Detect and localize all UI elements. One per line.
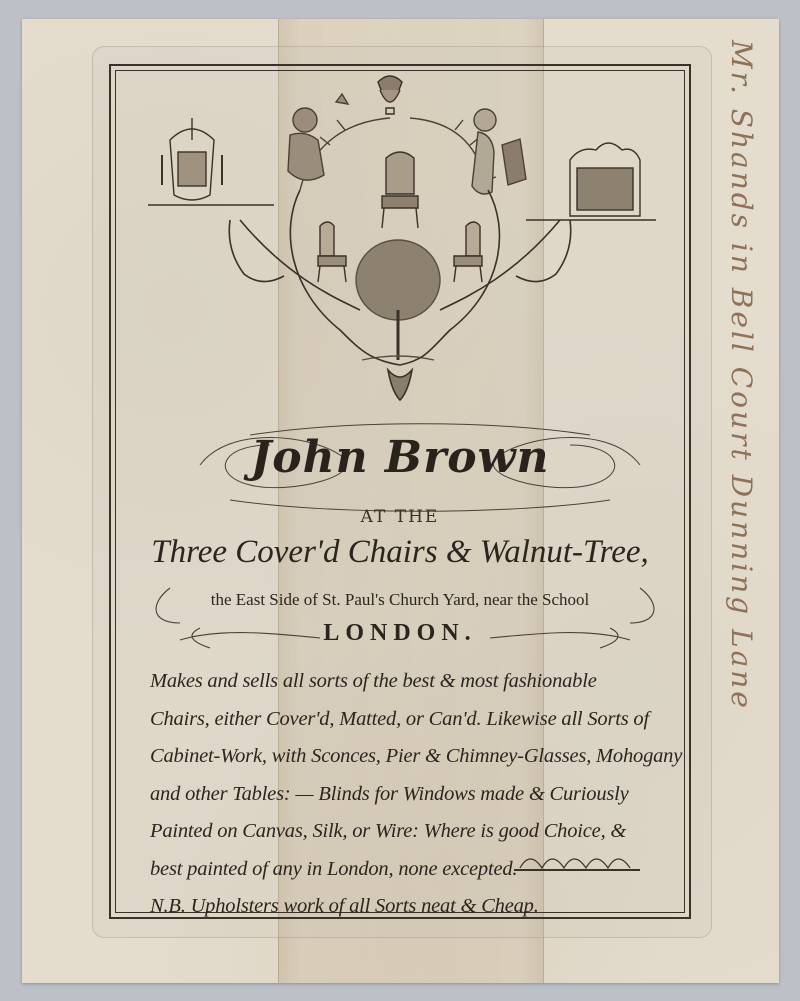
- putto-left-icon: [288, 94, 348, 180]
- side-chair-right-icon: [454, 222, 482, 282]
- merchant-name: John Brown: [0, 432, 800, 483]
- ad-line: and other Tables: — Blinds for Windows m…: [150, 776, 670, 814]
- shop-address: the East Side of St. Paul's Church Yard,…: [0, 590, 800, 610]
- walnut-tree-icon: [356, 240, 440, 360]
- emblem-illustration: [140, 60, 660, 420]
- framed-picture-icon: [526, 143, 656, 220]
- covered-chair-icon: [382, 152, 418, 228]
- ad-line: Cabinet-Work, with Sconces, Pier & Chimn…: [150, 738, 670, 776]
- side-chair-left-icon: [318, 222, 346, 282]
- urn-icon: [378, 76, 402, 114]
- city-name: LONDON.: [0, 620, 800, 647]
- handwritten-note: Mr. Shands in Bell Court Dunning Lane: [736, 40, 760, 940]
- handwritten-address: Mr. Shands in Bell Court Dunning Lane: [725, 40, 758, 711]
- ad-line: Makes and sells all sorts of the best & …: [150, 663, 670, 701]
- putto-right-icon: [472, 109, 526, 194]
- mirror-with-candles-icon: [148, 118, 274, 205]
- advertisement-text: Makes and sells all sorts of the best & …: [150, 663, 670, 926]
- ad-line: N.B. Upholsters work of all Sorts neat &…: [150, 888, 670, 926]
- ad-line: Chairs, either Cover'd, Matted, or Can'd…: [150, 701, 670, 739]
- ad-line: Painted on Canvas, Silk, or Wire: Where …: [150, 813, 670, 851]
- at-the-label: AT THE: [0, 507, 800, 527]
- shop-sign-name: Three Cover'd Chairs & Walnut-Tree,: [0, 534, 800, 571]
- line-end-flourish: [510, 848, 650, 882]
